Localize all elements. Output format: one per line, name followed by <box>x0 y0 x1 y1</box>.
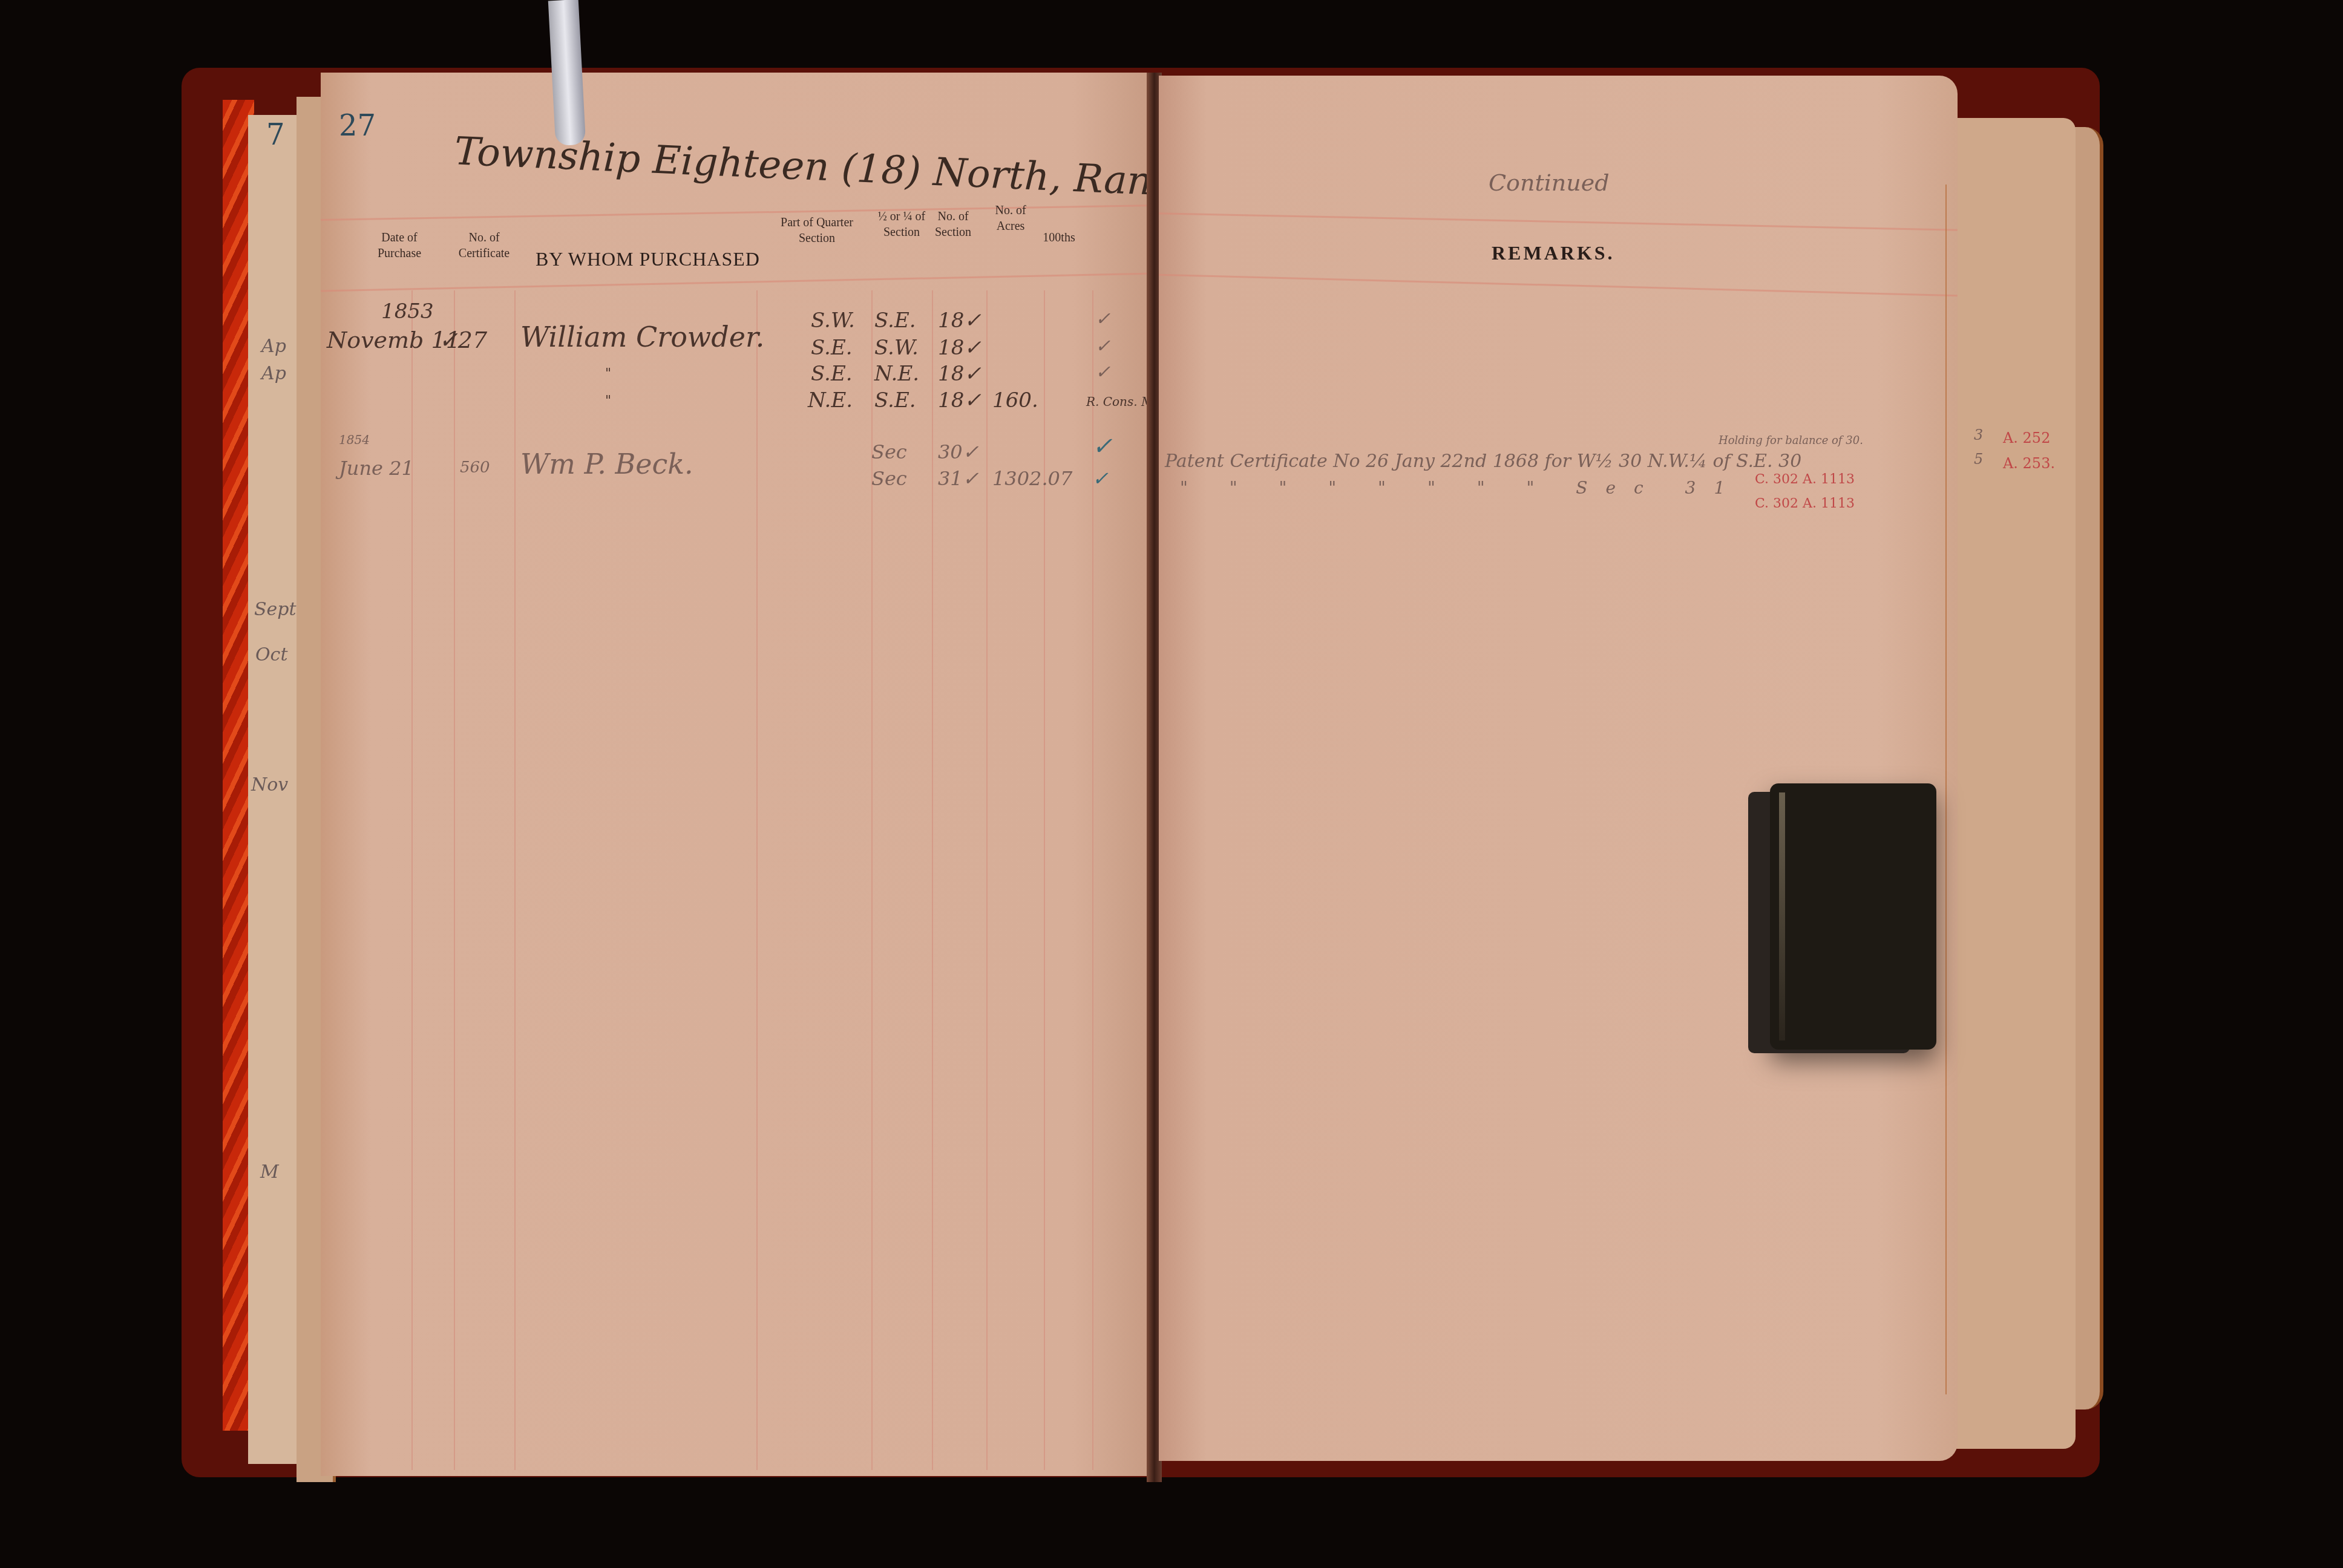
part-cell: S.W. <box>811 309 855 333</box>
remarks-header: REMARKS. <box>1492 242 1615 264</box>
col-header-section: No. of Section <box>926 209 980 240</box>
half-cell: N.E. <box>874 362 919 386</box>
check-cell: ✓ <box>1095 336 1110 357</box>
remark-line: Patent Certificate No 26 Jany 22nd 1868 … <box>1165 451 1801 472</box>
prior-page-number: 7 <box>266 118 285 152</box>
half-cell: S.E. <box>874 309 916 333</box>
col-header-purchaser: BY WHOM PURCHASED <box>536 248 760 270</box>
section-cell: 18✓ <box>938 309 981 333</box>
section-cell: 18✓ <box>938 388 981 413</box>
margin-note: Oct <box>255 644 287 665</box>
date-cell: June 21 <box>339 457 414 480</box>
check-cell: ✓ <box>1092 467 1109 490</box>
edge-note-value: A. 253. <box>2003 455 2055 472</box>
margin-note: Ap <box>261 363 286 384</box>
red-note: C. 302 A. 1113 <box>1755 472 1855 487</box>
paperweight <box>1770 783 1936 1050</box>
half-cell: Sec <box>871 467 907 490</box>
page-number: 27 <box>339 109 376 143</box>
col-header-hundredths: 100ths <box>1038 230 1080 246</box>
check-cell: ✓ <box>1092 433 1113 460</box>
red-note: C. 302 A. 1113 <box>1755 496 1855 511</box>
remark-line: " " " " " " " " Sec 31 <box>1180 478 1743 498</box>
year: 1853 <box>381 299 434 324</box>
col-header-acres: No. of Acres <box>980 203 1041 234</box>
part-cell: N.E. <box>808 388 853 413</box>
margin-note: Nov <box>251 774 288 795</box>
continued-label: Continued <box>1489 169 1610 196</box>
col-header-half: ½ or ¼ of Section <box>871 209 932 240</box>
section-cell: 18✓ <box>938 362 981 386</box>
margin-note: Sept <box>254 599 297 620</box>
half-cell: S.E. <box>874 388 916 413</box>
right-page-stack <box>1955 118 2076 1449</box>
left-page <box>321 73 1156 1476</box>
part-cell: S.E. <box>811 362 853 386</box>
edge-note-num: 5 <box>1974 451 1983 468</box>
check-cell: ✓ <box>1095 309 1110 330</box>
year: 1854 <box>339 433 370 447</box>
edge-note-num: 3 <box>1974 426 1983 443</box>
margin-note: M <box>260 1161 279 1183</box>
acres-cell: 1302.07 <box>992 467 1072 490</box>
edge-note-value: A. 252 <box>2003 430 2050 446</box>
remark-note: Holding for balance of 30. <box>1719 434 1863 447</box>
certificate-cell: 560 <box>460 459 490 477</box>
half-cell: S.W. <box>874 336 919 360</box>
half-cell: Sec <box>871 440 907 463</box>
certificate-cell: ✓27 <box>439 327 487 353</box>
section-cell: 31✓ <box>938 467 979 490</box>
paperweight-highlight <box>1779 792 1785 1040</box>
ditto-mark: " <box>605 366 611 381</box>
acres-cell: 160. <box>992 388 1038 413</box>
section-cell: 18✓ <box>938 336 981 360</box>
margin-note: Ap <box>261 336 286 357</box>
right-page <box>1159 76 1958 1461</box>
purchaser-cell: William Crowder. <box>520 321 764 353</box>
part-cell: S.E. <box>811 336 853 360</box>
ditto-mark: " <box>605 393 611 408</box>
purchaser-cell: Wm P. Beck. <box>520 448 693 480</box>
check-cell: ✓ <box>1095 362 1110 383</box>
col-header-date: Date of Purchase <box>363 230 436 261</box>
section-cell: 30✓ <box>938 440 979 463</box>
col-header-certificate: No. of Certificate <box>454 230 514 261</box>
col-header-part: Part of Quarter Section <box>765 215 868 246</box>
